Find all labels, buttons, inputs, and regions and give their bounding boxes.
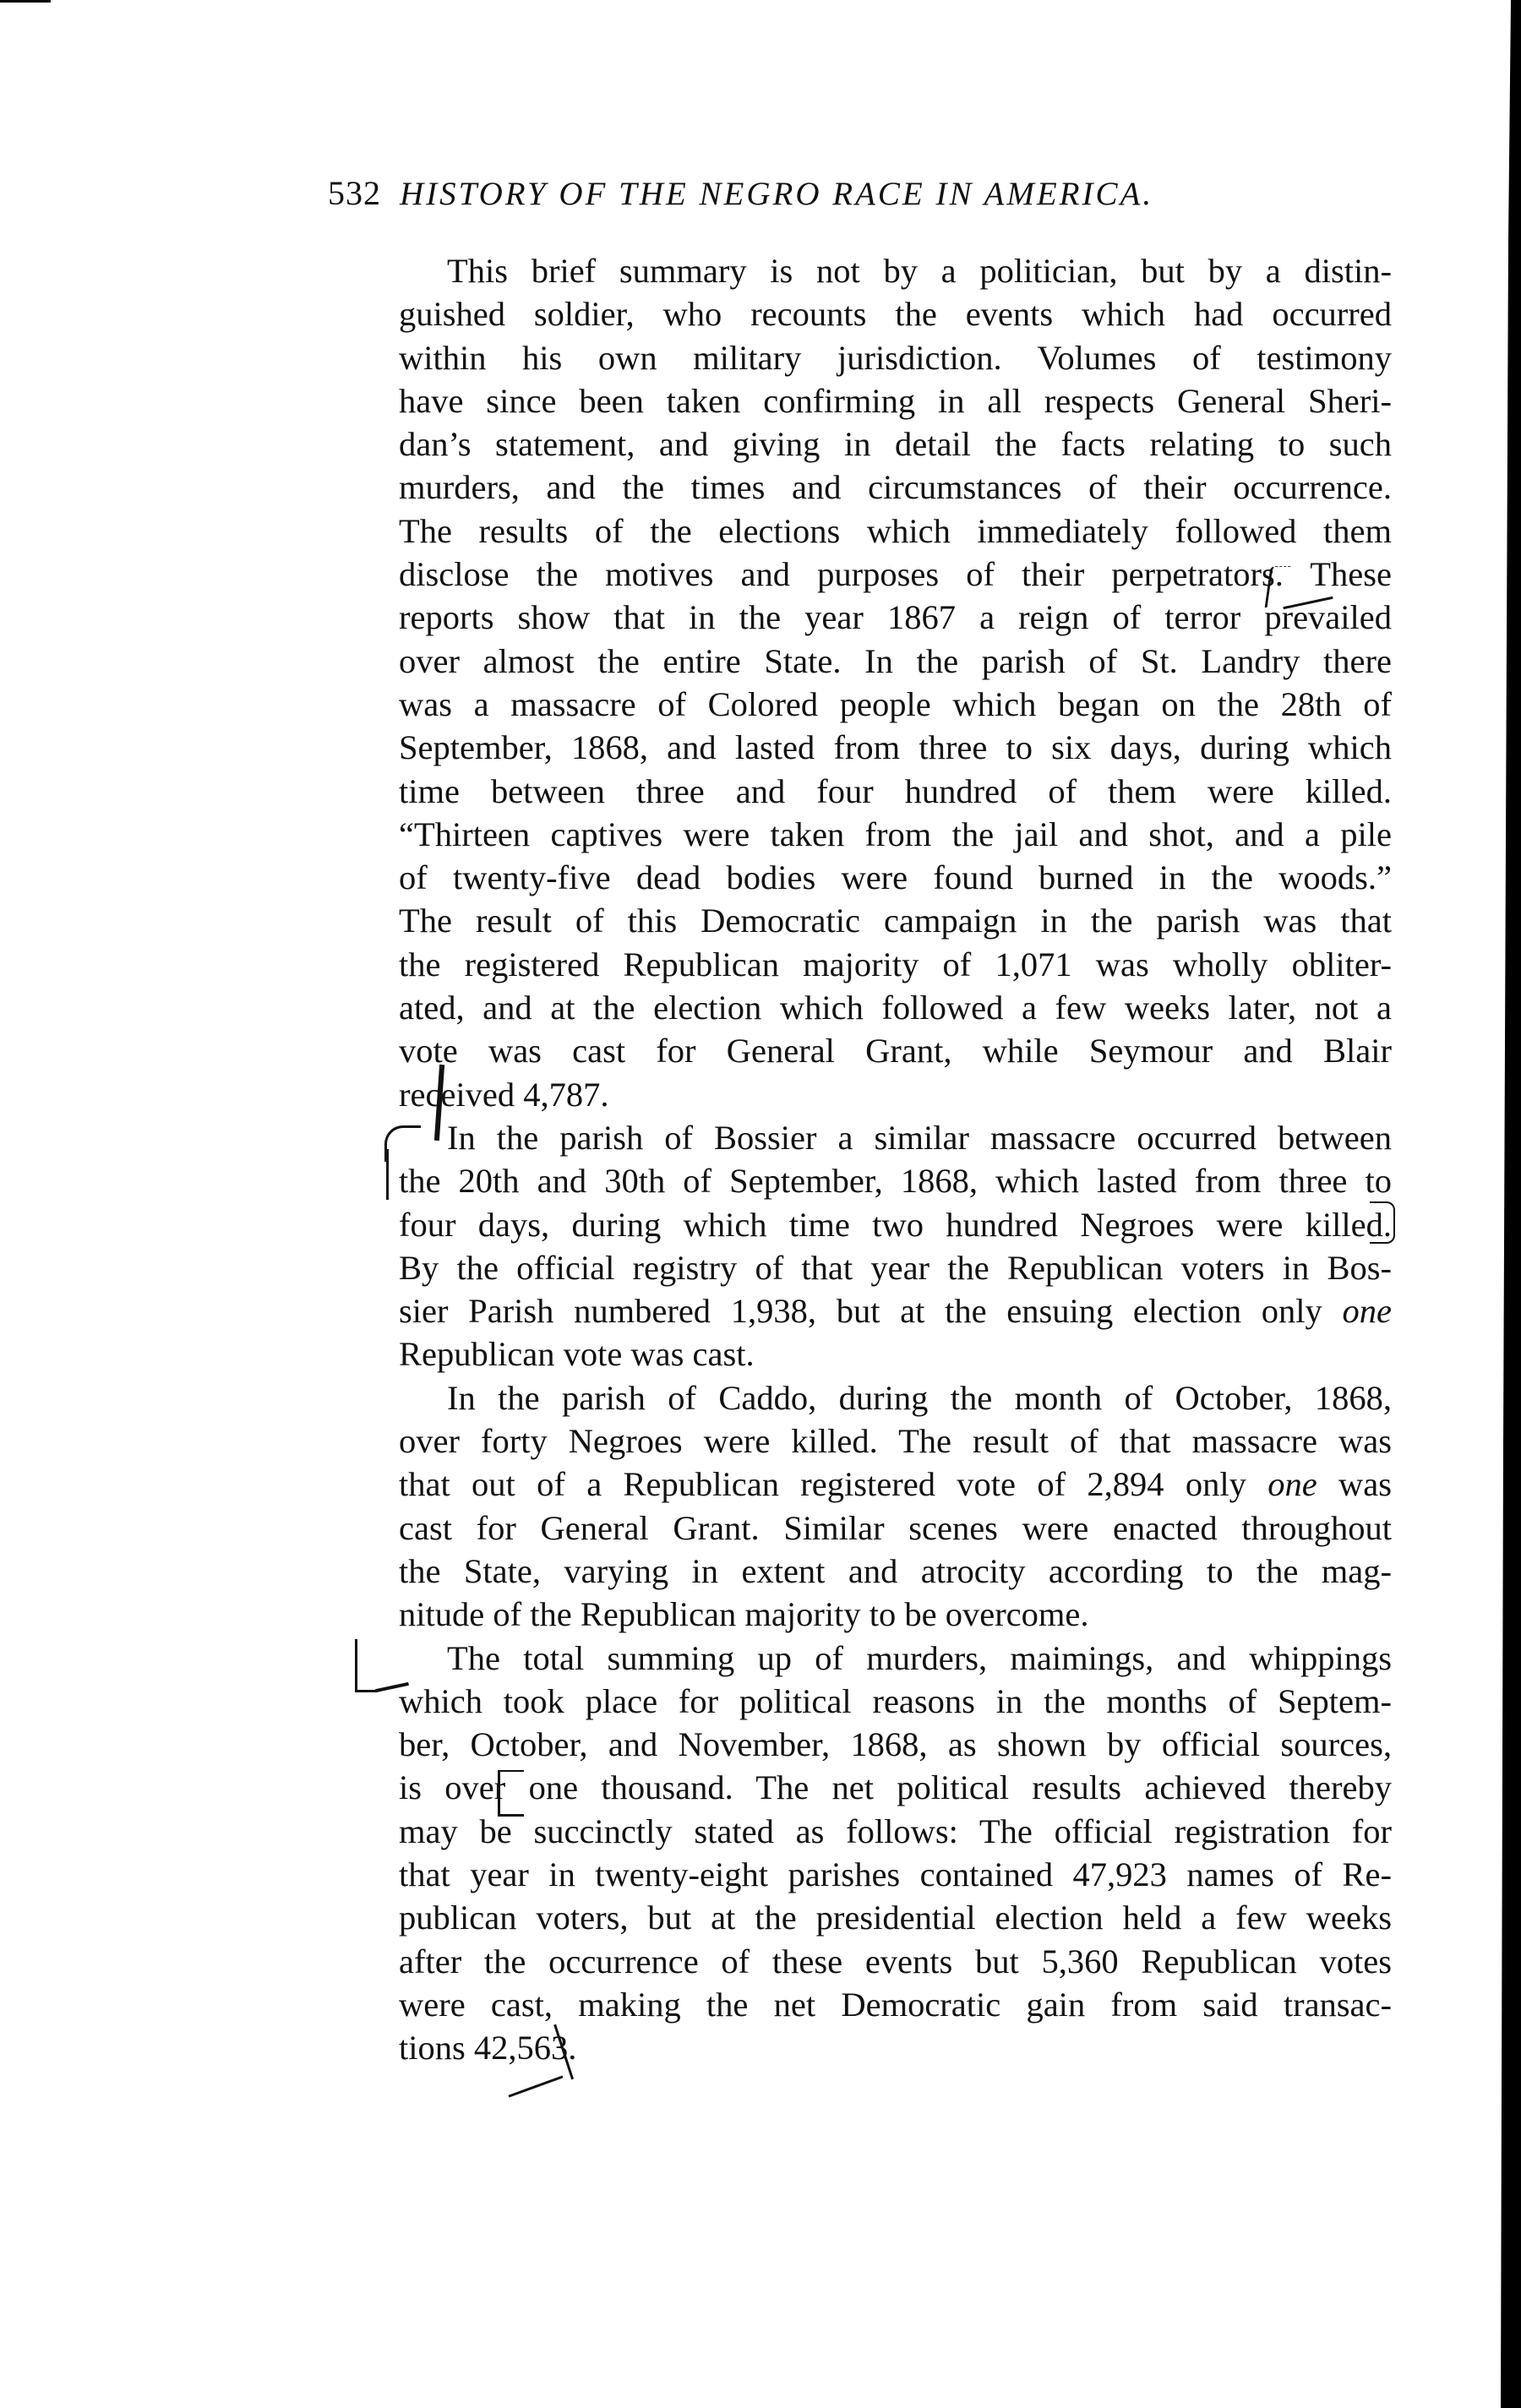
text-line: The results of the elections which immed… — [351, 509, 1392, 553]
text-line: the 20th and 30th of September, 1868, wh… — [351, 1159, 1392, 1202]
text-line: four days, during which time two hundred… — [351, 1203, 1392, 1246]
text-line: was a massacre of Colored people which b… — [351, 683, 1392, 726]
emphasis-one: one — [1343, 1292, 1392, 1330]
text-line: The total summing up of murders, maiming… — [351, 1637, 1392, 1680]
emphasis-one: one — [1267, 1465, 1317, 1503]
page-number: 532 — [328, 173, 381, 213]
text-line: were cast, making the net Democratic gai… — [351, 1983, 1392, 2026]
text-line: the registered Republican majority of 1,… — [351, 943, 1392, 986]
text-line: In the parish of Caddo, during the month… — [351, 1376, 1392, 1419]
text-line: “Thirteen captives were taken from the j… — [351, 813, 1392, 856]
text-line: disclose the motives and purposes of the… — [351, 553, 1392, 596]
text-line: is over one thousand. The net political … — [351, 1766, 1392, 1809]
text-segment: that out of a Republican registered vote… — [399, 1465, 1267, 1503]
text-line: after the occurrence of these events but… — [351, 1940, 1392, 1983]
page-binding-edge — [1496, 0, 1521, 2408]
scan-artifact-line — [0, 0, 51, 3]
text-line: have since been taken confirming in all … — [351, 379, 1392, 422]
text-line: nitude of the Republican majority to be … — [351, 1593, 1392, 1636]
text-line: vote was cast for General Grant, while S… — [351, 1029, 1392, 1072]
paragraph-caddo: In the parish of Caddo, during the month… — [351, 1376, 1392, 1637]
text-line: By the official registry of that year th… — [351, 1246, 1392, 1289]
text-line: In the parish of Bossier a similar massa… — [351, 1116, 1392, 1159]
text-line: cast for General Grant. Similar scenes w… — [351, 1506, 1392, 1550]
text-line: that out of a Republican registered vote… — [351, 1463, 1392, 1506]
paragraph-bossier: In the parish of Bossier a similar massa… — [351, 1116, 1392, 1376]
paragraph-sheridan-summary: This brief summary is not by a politicia… — [351, 249, 1392, 1116]
handwritten-bracket-stroke — [509, 2075, 564, 2097]
text-line: which took place for political reasons i… — [351, 1680, 1392, 1723]
text-line: received 4,787. — [351, 1073, 1392, 1116]
text-line: within his own military jurisdiction. Vo… — [351, 336, 1392, 379]
text-line: time between three and four hundred of t… — [351, 770, 1392, 813]
text-line: sier Parish numbered 1,938, but at the e… — [351, 1289, 1392, 1332]
running-title: HISTORY OF THE NEGRO RACE IN AMERICA. — [400, 175, 1153, 213]
text-line: September, 1868, and lasted from three t… — [351, 726, 1392, 769]
text-line: The result of this Democratic campaign i… — [351, 899, 1392, 942]
paragraph-totals: The total summing up of murders, maiming… — [351, 1637, 1392, 2070]
text-line: of twenty-five dead bodies were found bu… — [351, 856, 1392, 899]
body-text: This brief summary is not by a politicia… — [351, 249, 1392, 2069]
text-line: tions 42,563. — [351, 2026, 1392, 2069]
text-line: may be succinctly stated as follows: The… — [351, 1810, 1392, 1853]
text-segment: was — [1317, 1465, 1392, 1503]
text-line: over almost the entire State. In the par… — [351, 640, 1392, 683]
text-line: publican voters, but at the presidential… — [351, 1896, 1392, 1939]
text-segment: sier Parish numbered 1,938, but at the e… — [399, 1292, 1343, 1330]
text-line: guished soldier, who recounts the events… — [351, 292, 1392, 335]
page-header: 532 HISTORY OF THE NEGRO RACE IN AMERICA… — [328, 173, 1409, 224]
text-line: ber, October, and November, 1868, as sho… — [351, 1723, 1392, 1766]
text-line: over forty Negroes were killed. The resu… — [351, 1419, 1392, 1463]
text-line: Republican vote was cast. — [351, 1332, 1392, 1376]
text-line: ated, and at the election which followed… — [351, 986, 1392, 1029]
text-line: the State, varying in extent and atrocit… — [351, 1550, 1392, 1593]
text-line: reports show that in the year 1867 a rei… — [351, 596, 1392, 639]
text-line: This brief summary is not by a politicia… — [351, 249, 1392, 292]
text-line: murders, and the times and circumstances… — [351, 466, 1392, 509]
text-line: that year in twenty-eight parishes conta… — [351, 1853, 1392, 1896]
text-line: dan’s statement, and giving in detail th… — [351, 422, 1392, 466]
